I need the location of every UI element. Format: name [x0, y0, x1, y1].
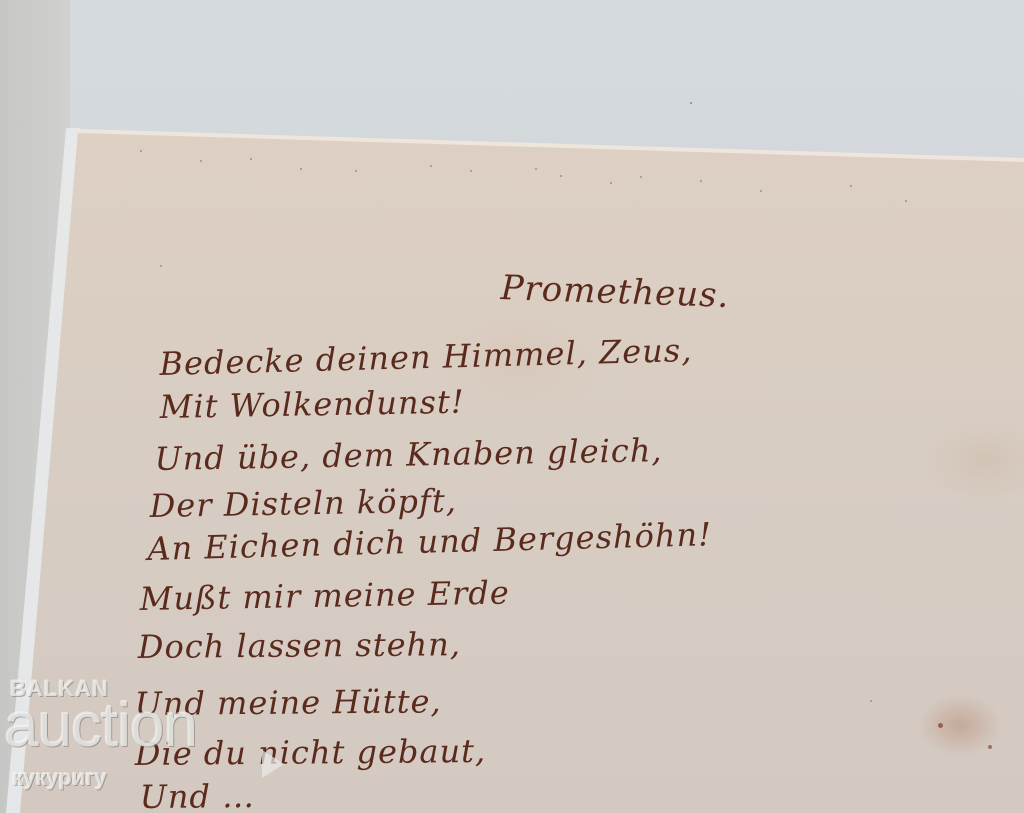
manuscript-title: Prometheus. [500, 268, 730, 316]
watermark-brand-sub: кукуригу [12, 765, 107, 791]
manuscript-line-7: Doch lassen stehn, [138, 625, 461, 666]
watermark-arrow-icon [262, 750, 284, 778]
manuscript-line-10: Und … [140, 777, 256, 813]
manuscript-line-2: Mit Wolkendunst! [159, 383, 465, 426]
manuscript-line-6: Mußt mir meine Erde [139, 574, 510, 618]
manuscript-line-4: Der Disteln köpft, [149, 482, 457, 525]
watermark-brand-main: auction [4, 690, 197, 761]
